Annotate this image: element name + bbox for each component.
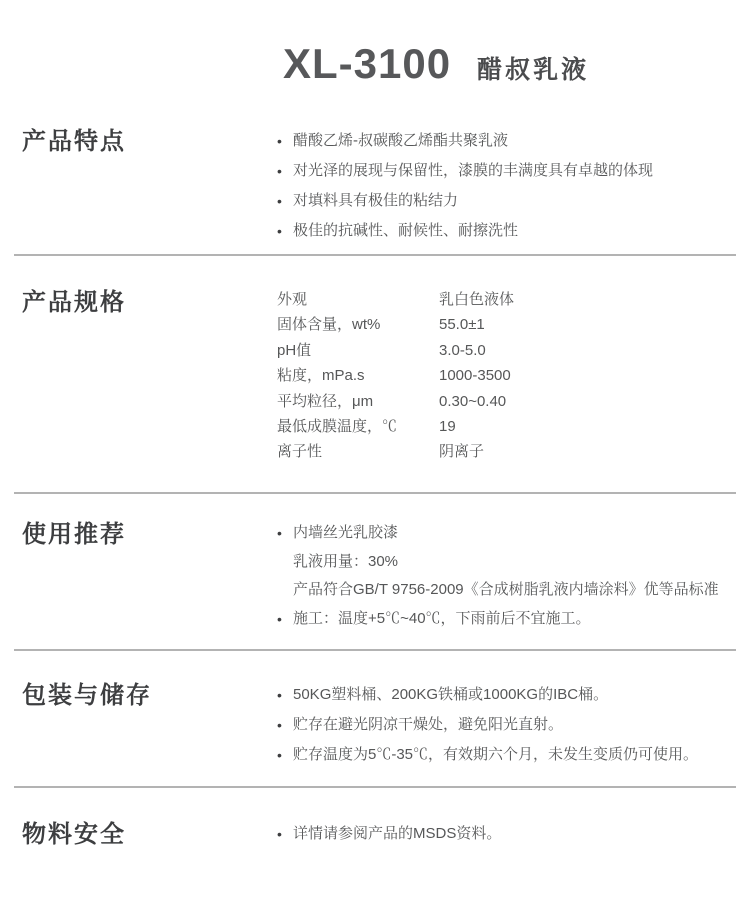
section-specs: 产品规格 外观 乳白色液体 固体含量，wt% 55.0±1 pH值 3.0-5.… bbox=[0, 287, 750, 465]
feature-item-text: 极佳的抗碱性、耐候性、耐擦洗性 bbox=[293, 222, 518, 239]
spec-name: 离子性 bbox=[277, 439, 439, 464]
product-code: XL-3100 bbox=[283, 40, 451, 88]
usage-item-text: 施工：温度+5℃~40℃，下雨前后不宜施工。 bbox=[293, 610, 591, 627]
spec-name: 粘度，mPa.s bbox=[277, 363, 439, 388]
section-divider bbox=[14, 492, 736, 494]
packaging-item: • 贮存在避光阴凉干燥处，避免阳光直射。 bbox=[277, 710, 736, 740]
section-divider bbox=[14, 254, 736, 256]
spec-row: 离子性 阴离子 bbox=[277, 439, 736, 464]
usage-item: • 内墙丝光乳胶漆 bbox=[277, 519, 736, 548]
section-packaging: 包装与储存 • 50KG塑料桶、200KG铁桶或1000KG的IBC桶。 • 贮… bbox=[0, 680, 750, 770]
spec-value: 0.30~0.40 bbox=[439, 389, 736, 414]
spec-row: pH值 3.0-5.0 bbox=[277, 338, 736, 363]
bullet-icon: • bbox=[277, 710, 282, 740]
section-packaging-content: • 50KG塑料桶、200KG铁桶或1000KG的IBC桶。 • 贮存在避光阴凉… bbox=[255, 680, 750, 770]
section-specs-heading: 产品规格 bbox=[0, 287, 255, 319]
bullet-icon: • bbox=[277, 519, 282, 548]
packaging-item-text: 贮存温度为5℃-35℃，有效期六个月，未发生变质仍可使用。 bbox=[293, 746, 698, 763]
spec-name: 固体含量，wt% bbox=[277, 312, 439, 337]
datasheet-page: XL-3100 醋叔乳液 产品特点 • 醋酸乙烯-叔碳酸乙烯酯共聚乳液 • 对光… bbox=[0, 0, 750, 920]
spec-name: 外观 bbox=[277, 287, 439, 312]
section-usage: 使用推荐 • 内墙丝光乳胶漆 乳液用量：30% 产品符合GB/T 9756-20… bbox=[0, 519, 750, 633]
bullet-icon: • bbox=[277, 819, 282, 849]
packaging-item-text: 50KG塑料桶、200KG铁桶或1000KG的IBC桶。 bbox=[293, 686, 608, 703]
section-specs-content: 外观 乳白色液体 固体含量，wt% 55.0±1 pH值 3.0-5.0 粘度，… bbox=[255, 287, 750, 465]
packaging-item: • 贮存温度为5℃-35℃，有效期六个月，未发生变质仍可使用。 bbox=[277, 740, 736, 770]
spec-row: 最低成膜温度，℃ 19 bbox=[277, 414, 736, 439]
section-features: 产品特点 • 醋酸乙烯-叔碳酸乙烯酯共聚乳液 • 对光泽的展现与保留性，漆膜的丰… bbox=[0, 126, 750, 246]
bullet-icon: • bbox=[277, 605, 282, 634]
spec-value: 1000-3500 bbox=[439, 363, 736, 388]
section-features-heading: 产品特点 bbox=[0, 126, 255, 158]
spec-name: pH值 bbox=[277, 338, 439, 363]
usage-item-continuation: 乳液用量：30% bbox=[277, 548, 736, 577]
spec-value: 乳白色液体 bbox=[439, 287, 736, 312]
feature-item-text: 对填料具有极佳的粘结力 bbox=[293, 192, 458, 209]
usage-item-continuation: 产品符合GB/T 9756-2009《合成树脂乳液内墙涂料》优等品标准 bbox=[277, 576, 736, 605]
section-usage-heading: 使用推荐 bbox=[0, 519, 255, 551]
safety-item-text: 详情请参阅产品的MSDS资料。 bbox=[293, 825, 501, 842]
feature-item: • 极佳的抗碱性、耐候性、耐擦洗性 bbox=[277, 216, 736, 246]
product-name: 醋叔乳液 bbox=[477, 50, 589, 86]
bullet-icon: • bbox=[277, 156, 282, 186]
spec-row: 粘度，mPa.s 1000-3500 bbox=[277, 363, 736, 388]
bullet-icon: • bbox=[277, 126, 282, 156]
spec-value: 19 bbox=[439, 414, 736, 439]
page-title: XL-3100 醋叔乳液 bbox=[283, 40, 589, 88]
spec-row: 外观 乳白色液体 bbox=[277, 287, 736, 312]
section-features-content: • 醋酸乙烯-叔碳酸乙烯酯共聚乳液 • 对光泽的展现与保留性，漆膜的丰满度具有卓… bbox=[255, 126, 750, 246]
bullet-icon: • bbox=[277, 740, 282, 770]
spec-row: 平均粒径，μm 0.30~0.40 bbox=[277, 389, 736, 414]
usage-item-text: 内墙丝光乳胶漆 bbox=[293, 524, 398, 541]
packaging-item-text: 贮存在避光阴凉干燥处，避免阳光直射。 bbox=[293, 716, 563, 733]
feature-item: • 醋酸乙烯-叔碳酸乙烯酯共聚乳液 bbox=[277, 126, 736, 156]
section-packaging-heading: 包装与储存 bbox=[0, 680, 255, 712]
section-safety: 物料安全 • 详情请参阅产品的MSDS资料。 bbox=[0, 819, 750, 851]
bullet-icon: • bbox=[277, 216, 282, 246]
spec-value: 阴离子 bbox=[439, 439, 736, 464]
bullet-icon: • bbox=[277, 186, 282, 216]
feature-item: • 对光泽的展现与保留性，漆膜的丰满度具有卓越的体现 bbox=[277, 156, 736, 186]
spec-name: 最低成膜温度，℃ bbox=[277, 414, 439, 439]
bullet-icon: • bbox=[277, 680, 282, 710]
spec-value: 55.0±1 bbox=[439, 312, 736, 337]
section-divider bbox=[14, 649, 736, 651]
usage-item: • 施工：温度+5℃~40℃，下雨前后不宜施工。 bbox=[277, 605, 736, 634]
feature-item-text: 对光泽的展现与保留性，漆膜的丰满度具有卓越的体现 bbox=[293, 162, 653, 179]
section-safety-heading: 物料安全 bbox=[0, 819, 255, 851]
feature-item-text: 醋酸乙烯-叔碳酸乙烯酯共聚乳液 bbox=[293, 132, 508, 149]
section-safety-content: • 详情请参阅产品的MSDS资料。 bbox=[255, 819, 750, 849]
feature-item: • 对填料具有极佳的粘结力 bbox=[277, 186, 736, 216]
section-divider bbox=[14, 786, 736, 788]
spec-row: 固体含量，wt% 55.0±1 bbox=[277, 312, 736, 337]
packaging-item: • 50KG塑料桶、200KG铁桶或1000KG的IBC桶。 bbox=[277, 680, 736, 710]
spec-value: 3.0-5.0 bbox=[439, 338, 736, 363]
spec-name: 平均粒径，μm bbox=[277, 389, 439, 414]
safety-item: • 详情请参阅产品的MSDS资料。 bbox=[277, 819, 736, 849]
section-usage-content: • 内墙丝光乳胶漆 乳液用量：30% 产品符合GB/T 9756-2009《合成… bbox=[255, 519, 750, 633]
